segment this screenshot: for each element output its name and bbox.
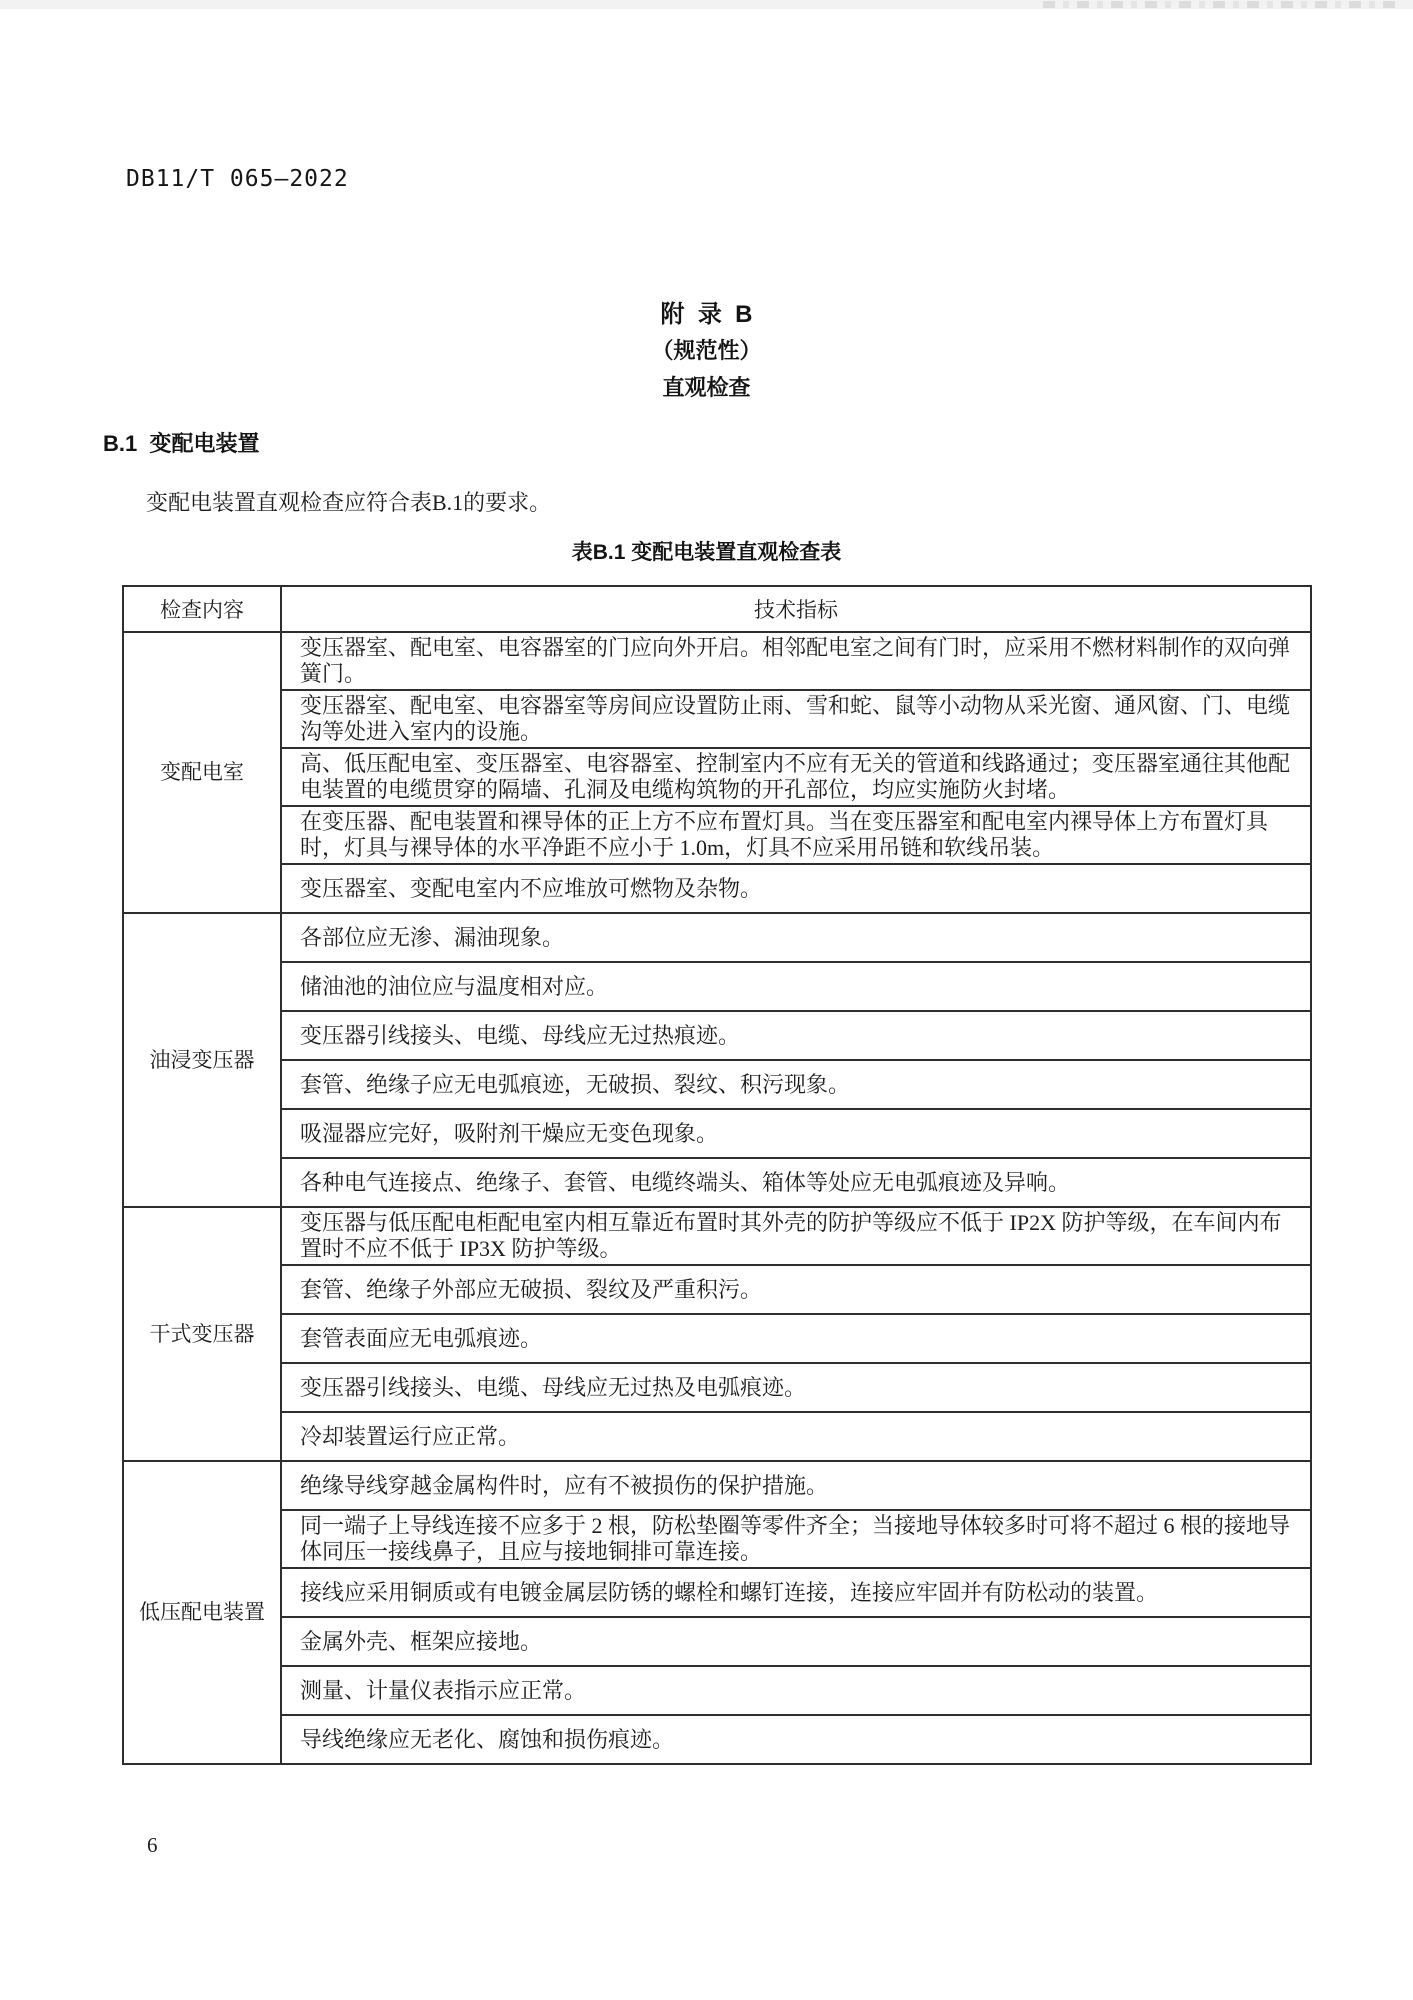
spec-cell: 套管表面应无电弧痕迹。 [281,1314,1311,1363]
table-row: 低压配电装置绝缘导线穿越金属构件时，应有不被损伤的保护措施。 [123,1461,1311,1510]
table-caption: 表B.1 变配电装置直观检查表 [0,536,1413,566]
table-row: 干式变压器变压器与低压配电柜配电室内相互靠近布置时其外壳的防护等级应不低于 IP… [123,1207,1311,1265]
table-row: 变压器引线接头、电缆、母线应无过热及电弧痕迹。 [123,1363,1311,1412]
appendix-title-block: 附 录 B （规范性） 直观检查 [0,297,1413,406]
table-row: 吸湿器应完好，吸附剂干燥应无变色现象。 [123,1109,1311,1158]
spec-cell: 高、低压配电室、变压器室、电容器室、控制室内不应有无关的管道和线路通过；变压器室… [281,748,1311,806]
inspection-table: 检查内容 技术指标 变配电室变压器室、配电室、电容器室的门应向外开启。相邻配电室… [122,585,1312,1765]
table-header-row: 检查内容 技术指标 [123,586,1311,632]
table-row: 各种电气连接点、绝缘子、套管、电缆终端头、箱体等处应无电弧痕迹及异响。 [123,1158,1311,1207]
table-row: 高、低压配电室、变压器室、电容器室、控制室内不应有无关的管道和线路通过；变压器室… [123,748,1311,806]
scan-artifact-strip [0,0,1413,9]
spec-cell: 变压器引线接头、电缆、母线应无过热痕迹。 [281,1011,1311,1060]
table-row: 变压器室、配电室、电容器室等房间应设置防止雨、雪和蛇、鼠等小动物从采光窗、通风窗… [123,690,1311,748]
table-row: 变压器室、变配电室内不应堆放可燃物及杂物。 [123,864,1311,913]
table-row: 导线绝缘应无老化、腐蚀和损伤痕迹。 [123,1715,1311,1764]
scan-artifact-marks [1043,1,1403,8]
spec-cell: 导线绝缘应无老化、腐蚀和损伤痕迹。 [281,1715,1311,1764]
spec-cell: 吸湿器应完好，吸附剂干燥应无变色现象。 [281,1109,1311,1158]
spec-cell: 接线应采用铜质或有电镀金属层防锈的螺栓和螺钉连接，连接应牢固并有防松动的装置。 [281,1568,1311,1617]
table-row: 油浸变压器各部位应无渗、漏油现象。 [123,913,1311,962]
header-cell-spec: 技术指标 [281,586,1311,632]
spec-cell: 变压器室、配电室、电容器室等房间应设置防止雨、雪和蛇、鼠等小动物从采光窗、通风窗… [281,690,1311,748]
table-row: 套管表面应无电弧痕迹。 [123,1314,1311,1363]
table-row: 测量、计量仪表指示应正常。 [123,1666,1311,1715]
table-row: 变压器引线接头、电缆、母线应无过热痕迹。 [123,1011,1311,1060]
table-body: 变配电室变压器室、配电室、电容器室的门应向外开启。相邻配电室之间有门时，应采用不… [123,632,1311,1764]
appendix-normative-label: （规范性） [0,333,1413,369]
table-row: 同一端子上导线连接不应多于 2 根，防松垫圈等零件齐全；当接地导体较多时可将不超… [123,1510,1311,1568]
spec-cell: 各种电气连接点、绝缘子、套管、电缆终端头、箱体等处应无电弧痕迹及异响。 [281,1158,1311,1207]
category-cell: 干式变压器 [123,1207,281,1461]
page-number: 6 [147,1833,158,1858]
spec-cell: 套管、绝缘子应无电弧痕迹，无破损、裂纹、积污现象。 [281,1060,1311,1109]
table-row: 储油池的油位应与温度相对应。 [123,962,1311,1011]
spec-cell: 冷却装置运行应正常。 [281,1412,1311,1461]
spec-cell: 变压器引线接头、电缆、母线应无过热及电弧痕迹。 [281,1363,1311,1412]
category-cell: 油浸变压器 [123,913,281,1207]
spec-cell: 在变压器、配电装置和裸导体的正上方不应布置灯具。当在变压器室和配电室内裸导体上方… [281,806,1311,864]
spec-cell: 变压器与低压配电柜配电室内相互靠近布置时其外壳的防护等级应不低于 IP2X 防护… [281,1207,1311,1265]
table-row: 冷却装置运行应正常。 [123,1412,1311,1461]
appendix-title: 附 录 B [0,297,1413,333]
table-row: 套管、绝缘子外部应无破损、裂纹及严重积污。 [123,1265,1311,1314]
spec-cell: 绝缘导线穿越金属构件时，应有不被损伤的保护措施。 [281,1461,1311,1510]
header-cell-content: 检查内容 [123,586,281,632]
spec-cell: 变压器室、配电室、电容器室的门应向外开启。相邻配电室之间有门时，应采用不燃材料制… [281,632,1311,690]
spec-cell: 同一端子上导线连接不应多于 2 根，防松垫圈等零件齐全；当接地导体较多时可将不超… [281,1510,1311,1568]
spec-cell: 测量、计量仪表指示应正常。 [281,1666,1311,1715]
standard-number: DB11/T 065—2022 [126,166,349,192]
spec-cell: 套管、绝缘子外部应无破损、裂纹及严重积污。 [281,1265,1311,1314]
spec-cell: 金属外壳、框架应接地。 [281,1617,1311,1666]
table-row: 金属外壳、框架应接地。 [123,1617,1311,1666]
section-heading: B.1 变配电装置 [103,427,259,458]
category-cell: 变配电室 [123,632,281,913]
table-row: 接线应采用铜质或有电镀金属层防锈的螺栓和螺钉连接，连接应牢固并有防松动的装置。 [123,1568,1311,1617]
table-row: 套管、绝缘子应无电弧痕迹，无破损、裂纹、积污现象。 [123,1060,1311,1109]
table-row: 在变压器、配电装置和裸导体的正上方不应布置灯具。当在变压器室和配电室内裸导体上方… [123,806,1311,864]
document-page: DB11/T 065—2022 附 录 B （规范性） 直观检查 B.1 变配电… [0,0,1413,2000]
spec-cell: 储油池的油位应与温度相对应。 [281,962,1311,1011]
intro-paragraph: 变配电装置直观检查应符合表B.1的要求。 [146,486,551,517]
table-row: 变配电室变压器室、配电室、电容器室的门应向外开启。相邻配电室之间有门时，应采用不… [123,632,1311,690]
appendix-subtitle: 直观检查 [0,369,1413,406]
spec-cell: 各部位应无渗、漏油现象。 [281,913,1311,962]
category-cell: 低压配电装置 [123,1461,281,1764]
spec-cell: 变压器室、变配电室内不应堆放可燃物及杂物。 [281,864,1311,913]
